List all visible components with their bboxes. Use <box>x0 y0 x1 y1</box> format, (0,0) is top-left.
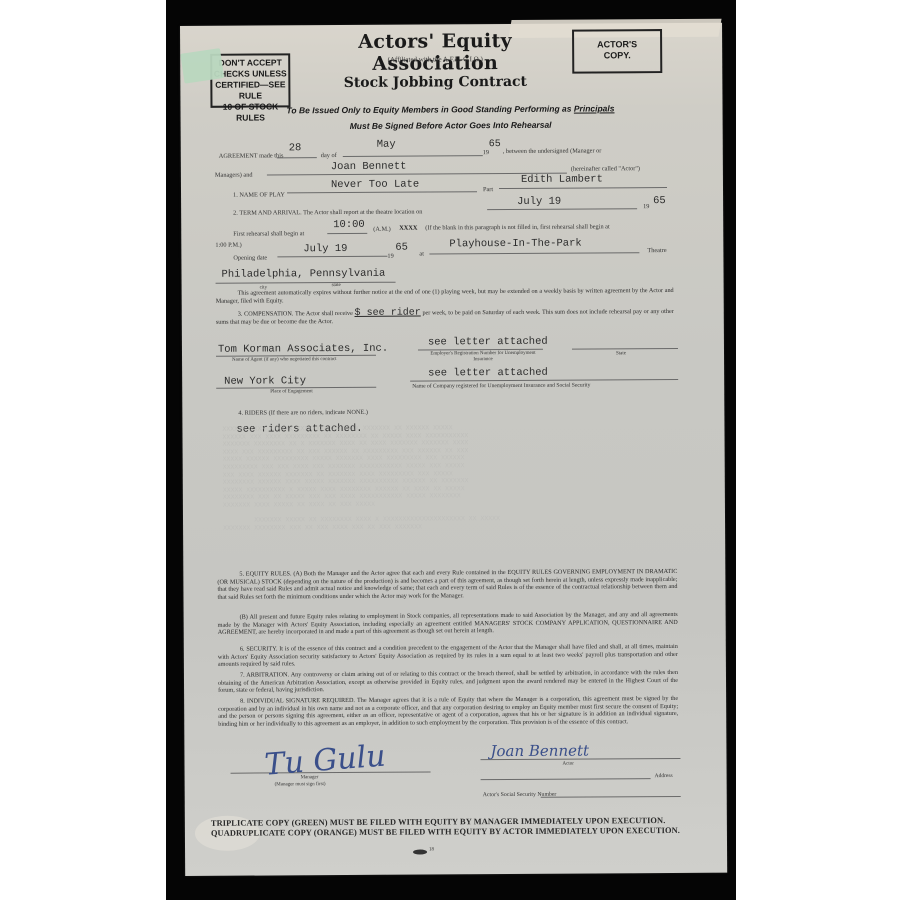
employer-reg-field: see letter attached <box>428 336 548 349</box>
actor-signature: Joan Bennett <box>490 742 589 761</box>
city-state-field: Philadelphia, Pennsylvania <box>221 268 385 281</box>
contract-sheet: DON'T ACCEPT CHECKS UNLESS CERTIFIED—SEE… <box>180 23 727 876</box>
company-field: see letter attached <box>428 367 548 380</box>
checks-notice-box: DON'T ACCEPT CHECKS UNLESS CERTIFIED—SEE… <box>210 53 290 107</box>
clause-equity-rules-b: (B) All present and future Equity rules … <box>218 611 678 637</box>
organization-title: Actors' Equity Association <box>310 30 560 76</box>
opening-year-field: 65 <box>395 242 408 254</box>
part-field: Edith Lambert <box>521 173 603 186</box>
issued-to-line: To Be Issued Only to Equity Members in G… <box>240 103 660 116</box>
quadruplicate-notice: QUADRUPLICATE COPY (ORANGE) MUST BE FILE… <box>211 826 680 838</box>
clause-arbitration: 7. ARBITRATION. Any controversy or claim… <box>218 669 678 695</box>
month-field: May <box>377 139 396 151</box>
report-year-field: 65 <box>653 195 666 207</box>
affiliation: (Affiliated with the A.F.L.-C.I.O.) <box>310 55 560 65</box>
compensation-text: 3. COMPENSATION. The Actor shall receive… <box>216 308 674 326</box>
role-principals: Principals <box>574 103 615 113</box>
manager-signature: Tu Gulu <box>263 739 386 783</box>
rehearsal-time-field: 10:00 <box>333 219 365 231</box>
union-bug-icon <box>413 850 427 855</box>
place-field: New York City <box>224 375 306 388</box>
must-sign-line: Must Be Signed Before Actor Goes Into Re… <box>241 119 661 132</box>
opening-date-field: July 19 <box>303 243 347 255</box>
struck-pm: XXXX <box>399 225 417 232</box>
green-tape <box>180 48 224 83</box>
agent-field: Tom Korman Associates, Inc. <box>218 343 388 356</box>
clause-individual-signature: 8. INDIVIDUAL SIGNATURE REQUIRED. The Ma… <box>218 695 678 728</box>
day-field: 28 <box>289 142 302 154</box>
actor-name-field: Joan Bennett <box>331 161 407 173</box>
year-field: 65 <box>489 139 501 150</box>
contract-title: Stock Jobbing Contract <box>310 74 560 92</box>
union-bug-number: 18 <box>429 847 434 852</box>
compensation-amount: $ see rider <box>354 308 420 319</box>
play-name-field: Never Too Late <box>331 179 419 192</box>
clause-security: 6. SECURITY. It is of the essence of thi… <box>218 643 678 669</box>
expiry-text: This agreement automatically expires wit… <box>216 287 674 305</box>
show-through-text: XXXXXX XXXX XXXXXX XXXXXXXX XX XXXX XXXX… <box>222 423 683 566</box>
theatre-name-field: Playhouse-In-The-Park <box>449 238 581 251</box>
actors-copy-box: ACTOR'S COPY. <box>572 29 662 74</box>
report-date-field: July 19 <box>517 196 561 208</box>
clause-equity-rules-a: 5. EQUITY RULES. (A) Both the Manager an… <box>217 568 677 601</box>
